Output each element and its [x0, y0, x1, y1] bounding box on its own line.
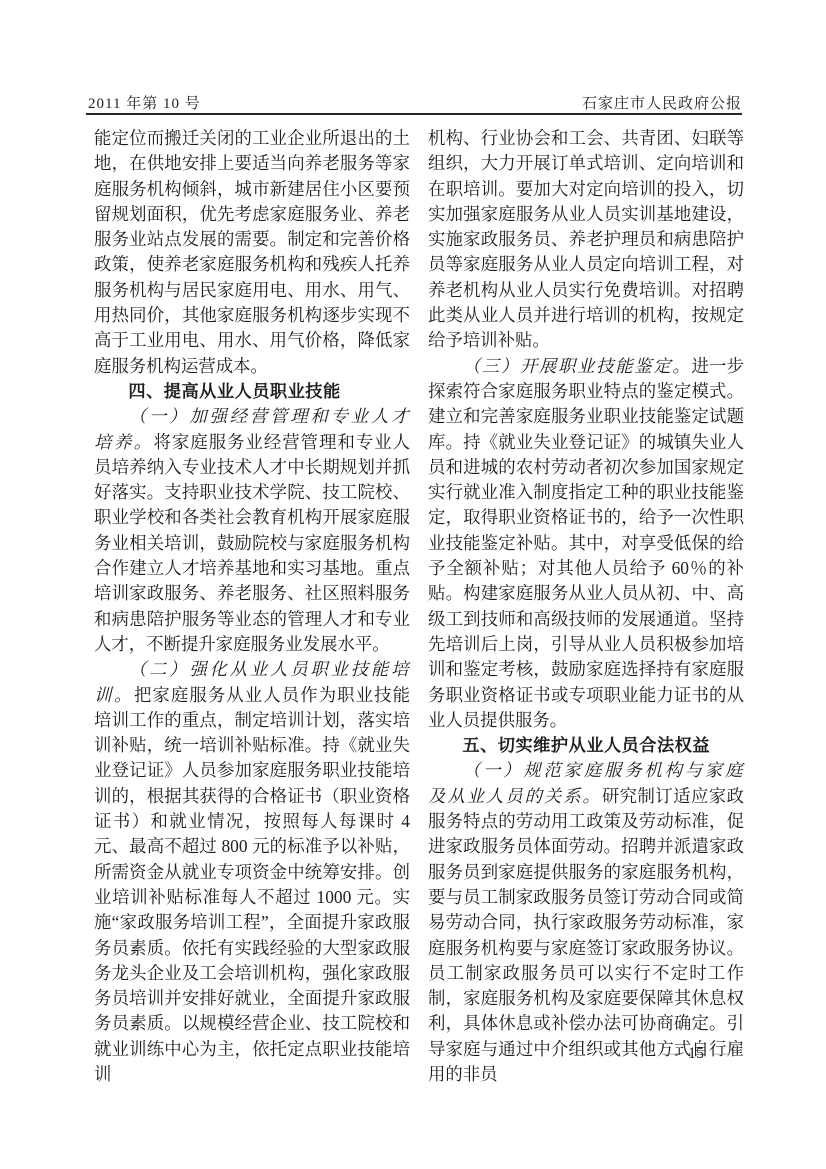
paragraph-body-text: 进一步探索符合家庭服务职业特点的鉴定模式。建立和完善家庭服务业职业技能鉴定试题库… [428, 356, 744, 730]
paragraph-continuation: 机构、行业协会和工会、共青团、妇联等组织，大力开展订单式培训、定向培训和在职培训… [428, 126, 744, 354]
section-heading-five: 五、切实维护从业人员合法权益 [428, 733, 744, 758]
paragraph-continuation: 能定位而搬迁关闭的工业企业所退出的土地，在供地安排上要适当向养老服务等家庭服务机… [94, 126, 410, 379]
page-body: 能定位而搬迁关闭的工业企业所退出的土地，在供地安排上要适当向养老服务等家庭服务机… [94, 126, 744, 1087]
page-number-left-dash: — [652, 1045, 688, 1062]
paragraph-body-text: 研究制订适应家政服务特点的劳动用工政策及劳动标准，促进家政服务员体面劳动。招聘并… [428, 786, 744, 1084]
gazette-page: 2011 年第 10 号 石家庄市人民政府公报 能定位而搬迁关闭的工业企业所退出… [0, 0, 826, 1169]
page-number-right-dash: — [704, 1045, 740, 1062]
paragraph-item-one: （一）加强经营管理和专业人才培养。将家庭服务业经营管理和专业人员培养纳入专业技术… [94, 404, 410, 657]
left-column: 能定位而搬迁关闭的工业企业所退出的土地，在供地安排上要适当向养老服务等家庭服务机… [94, 126, 410, 1087]
right-column: 机构、行业协会和工会、共青团、妇联等组织，大力开展订单式培训、定向培训和在职培训… [428, 126, 744, 1087]
header-rule-divider [86, 113, 742, 115]
paragraph-body-text: 将家庭服务业经营管理和专业人员培养纳入专业技术人才中长期规划并抓好落实。支持职业… [94, 432, 410, 654]
section-heading-four: 四、提高从业人员职业技能 [94, 379, 410, 404]
paragraph-item-one-sec5: （一）规范家庭服务机构与家庭及从业人员的关系。研究制订适应家政服务特点的劳动用工… [428, 758, 744, 1087]
paragraph-item-two: （二）强化从业人员职业技能培训。把家庭服务从业人员作为职业技能培训工作的重点，制… [94, 657, 410, 1087]
running-header: 2011 年第 10 号 石家庄市人民政府公报 [88, 92, 742, 113]
paragraph-lead-sentence: （三）开展职业技能鉴定。 [463, 356, 692, 376]
header-issue-number: 2011 年第 10 号 [88, 92, 201, 113]
paragraph-body-text: 把家庭服务从业人员作为职业技能培训工作的重点，制定培训计划，落实培训补贴，统一培… [94, 685, 410, 1084]
page-number-value: 15 [688, 1045, 704, 1062]
page-number: —15— [424, 1044, 740, 1064]
header-publication-title: 石家庄市人民政府公报 [582, 92, 742, 113]
paragraph-item-three: （三）开展职业技能鉴定。进一步探索符合家庭服务职业特点的鉴定模式。建立和完善家庭… [428, 354, 744, 733]
